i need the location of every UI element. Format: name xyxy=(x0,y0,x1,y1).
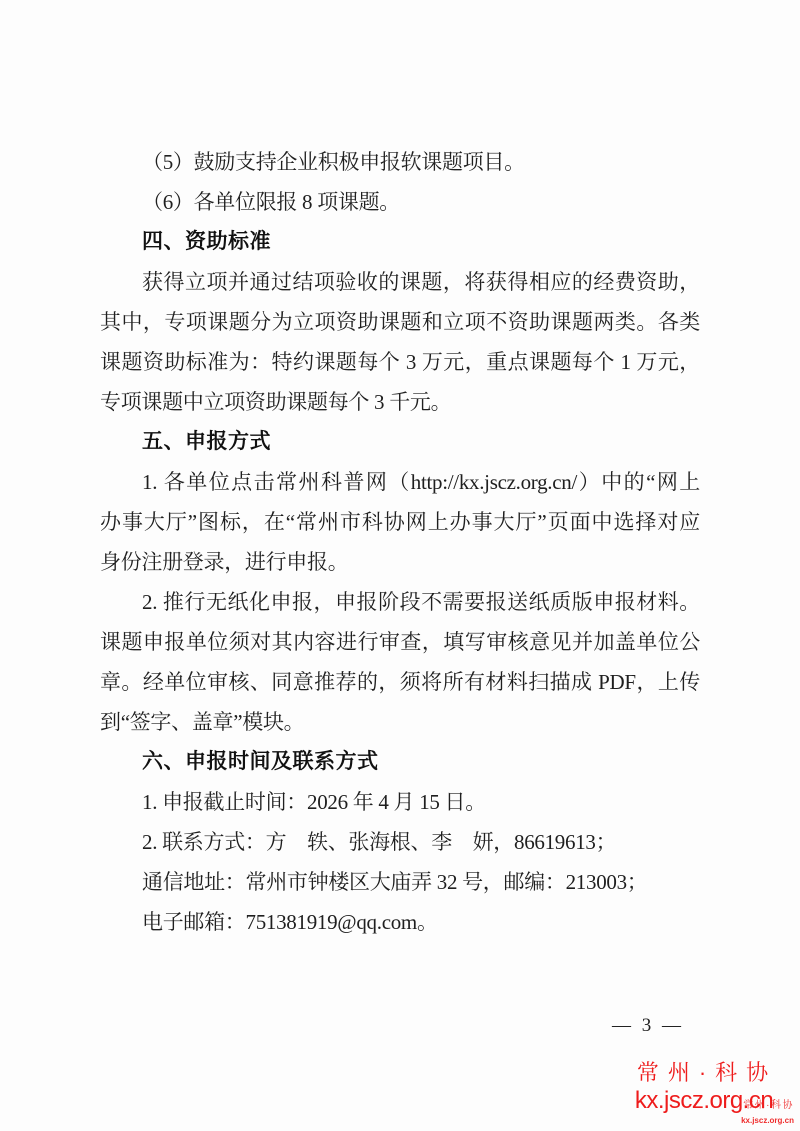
text-line: 课题申报单位须对其内容进行审查，填写审核意见并加盖单位公 xyxy=(100,622,700,662)
text-line: 身份注册登录，进行申报。 xyxy=(100,542,700,582)
watermark-url: kx.jscz.org.cn xyxy=(730,1116,794,1126)
text-line: 办事大厅”图标，在“常州市科协网上办事大厅”页面中选择对应 xyxy=(100,502,700,542)
section-heading: 六、申报时间及联系方式 xyxy=(100,742,700,782)
text-line: 到“签字、盖章”模块。 xyxy=(100,702,700,742)
watermark: 常州·科协 kx.jscz.org.cn xyxy=(730,1100,794,1126)
section-heading: 五、申报方式 xyxy=(100,422,700,462)
text-line: 专项课题中立项资助课题每个 3 千元。 xyxy=(100,382,700,422)
text-line: 其中，专项课题分为立项资助课题和立项不资助课题两类。各类 xyxy=(100,302,700,342)
text-line: 通信地址：常州市钟楼区大庙弄 32 号，邮编：213003； xyxy=(100,862,700,902)
watermark-title: 常州·科协 xyxy=(730,1100,794,1111)
text-line: （6）各单位限报 8 项课题。 xyxy=(100,182,700,222)
document-page: { "document": { "sections": [ {"type":"p… xyxy=(0,0,800,1131)
text-line: 章。经单位审核、同意推荐的，须将所有材料扫描成 PDF，上传 xyxy=(100,662,700,702)
document-body: （5）鼓励支持企业积极申报软课题项目。（6）各单位限报 8 项课题。四、资助标准… xyxy=(100,142,700,942)
text-line: 电子邮箱：751381919@qq.com。 xyxy=(100,902,700,942)
section-heading: 四、资助标准 xyxy=(100,222,700,262)
text-line: （5）鼓励支持企业积极申报软课题项目。 xyxy=(100,142,700,182)
text-line: 1. 申报截止时间：2026 年 4 月 15 日。 xyxy=(100,782,700,822)
page-number: — 3 — xyxy=(596,1012,700,1040)
text-line: 课题资助标准为：特约课题每个 3 万元，重点课题每个 1 万元， xyxy=(100,342,700,382)
text-line: 1. 各单位点击常州科普网（http://kx.jscz.org.cn/）中的“… xyxy=(100,462,700,502)
site-logo-title: 常州·科协 xyxy=(618,1059,790,1086)
text-line: 2. 推行无纸化申报，申报阶段不需要报送纸质版申报材料。 xyxy=(100,582,700,622)
text-line: 获得立项并通过结项验收的课题，将获得相应的经费资助， xyxy=(100,262,700,302)
text-line: 2. 联系方式：方 轶、张海根、李 妍，86619613； xyxy=(100,822,700,862)
